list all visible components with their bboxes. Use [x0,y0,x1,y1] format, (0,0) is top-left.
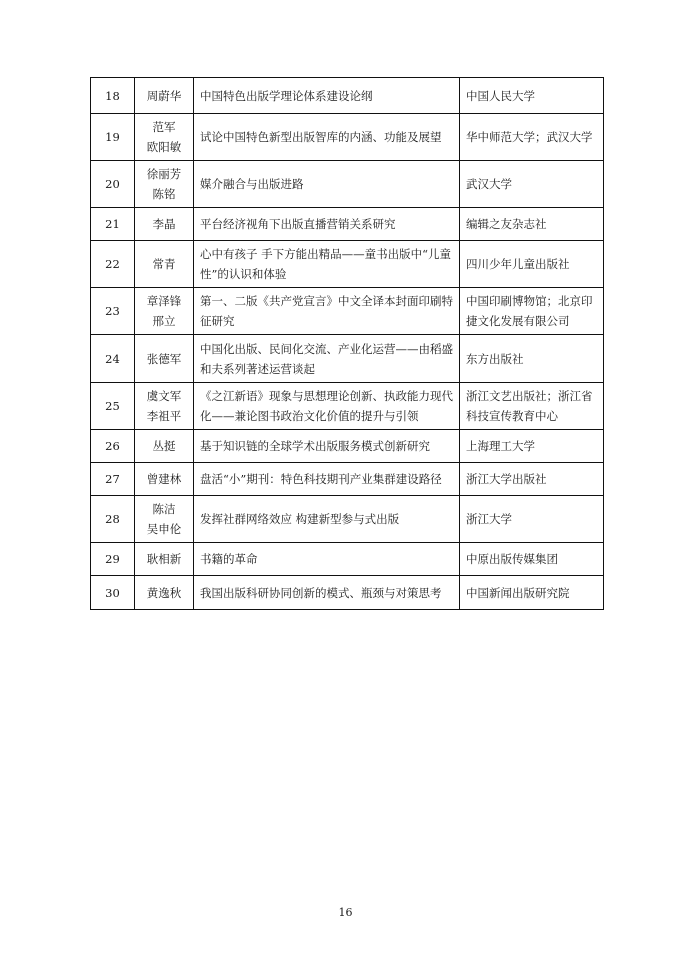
paper-title: 我国出版科研协同创新的模式、瓶颈与对策思考 [194,576,460,610]
paper-title: 心中有孩子 手下方能出精品——童书出版中“儿童性”的认识和体验 [194,241,460,288]
author-name: 黄逸秋 [141,583,187,603]
author-name: 范军 [141,117,187,137]
paper-title: 盘活“小”期刊：特色科技期刊产业集群建设路径 [194,463,460,496]
author-cell: 曾建林 [135,463,194,496]
author-name: 陈洁 [141,499,187,519]
paper-title: 《之江新语》现象与思想理论创新、执政能力现代化——兼论图书政治文化价值的提升与引… [194,383,460,430]
author-name: 陈铭 [141,184,187,204]
table-row: 25虞文军李祖平《之江新语》现象与思想理论创新、执政能力现代化——兼论图书政治文… [91,383,604,430]
author-cell: 章泽锋邢立 [135,288,194,335]
organization: 中国新闻出版研究院 [460,576,604,610]
author-cell: 陈洁吴申伦 [135,496,194,543]
awards-table: 18周蔚华中国特色出版学理论体系建设论纲中国人民大学19范军欧阳敏试论中国特色新… [90,77,604,610]
organization: 中国印刷博物馆；北京印捷文化发展有限公司 [460,288,604,335]
author-name: 李祖平 [141,406,187,426]
author-name: 耿相新 [141,549,187,569]
row-number: 25 [91,383,135,430]
organization: 东方出版社 [460,335,604,383]
table-row: 26丛挺基于知识链的全球学术出版服务模式创新研究上海理工大学 [91,430,604,463]
page-number: 16 [0,906,691,919]
table-row: 29耿相新书籍的革命中原出版传媒集团 [91,543,604,576]
row-number: 19 [91,114,135,161]
paper-title: 基于知识链的全球学术出版服务模式创新研究 [194,430,460,463]
author-cell: 丛挺 [135,430,194,463]
author-cell: 常青 [135,241,194,288]
author-name: 虞文军 [141,386,187,406]
organization: 华中师范大学；武汉大学 [460,114,604,161]
row-number: 29 [91,543,135,576]
row-number: 20 [91,161,135,208]
author-name: 张德军 [141,349,187,369]
table-row: 30黄逸秋我国出版科研协同创新的模式、瓶颈与对策思考中国新闻出版研究院 [91,576,604,610]
author-name: 吴申伦 [141,519,187,539]
author-cell: 范军欧阳敏 [135,114,194,161]
organization: 上海理工大学 [460,430,604,463]
organization: 浙江文艺出版社；浙江省科技宣传教育中心 [460,383,604,430]
organization: 浙江大学出版社 [460,463,604,496]
author-cell: 张德军 [135,335,194,383]
paper-title: 平台经济视角下出版直播营销关系研究 [194,208,460,241]
row-number: 27 [91,463,135,496]
author-name: 常青 [141,254,187,274]
row-number: 24 [91,335,135,383]
author-name: 邢立 [141,311,187,331]
organization: 武汉大学 [460,161,604,208]
row-number: 21 [91,208,135,241]
author-name: 周蔚华 [141,86,187,106]
organization: 编辑之友杂志社 [460,208,604,241]
table-row: 28陈洁吴申伦发挥社群网络效应 构建新型参与式出版浙江大学 [91,496,604,543]
table-row: 23章泽锋邢立第一、二版《共产党宣言》中文全译本封面印刷特征研究中国印刷博物馆；… [91,288,604,335]
table-row: 19范军欧阳敏试论中国特色新型出版智库的内涵、功能及展望华中师范大学；武汉大学 [91,114,604,161]
author-name: 章泽锋 [141,291,187,311]
table-row: 27曾建林盘活“小”期刊：特色科技期刊产业集群建设路径浙江大学出版社 [91,463,604,496]
organization: 中原出版传媒集团 [460,543,604,576]
table-row: 24张德军中国化出版、民间化交流、产业化运营——由稻盛和夫系列著述运营谈起东方出… [91,335,604,383]
document-page: 18周蔚华中国特色出版学理论体系建设论纲中国人民大学19范军欧阳敏试论中国特色新… [0,0,691,971]
author-cell: 耿相新 [135,543,194,576]
author-cell: 李晶 [135,208,194,241]
paper-title: 媒介融合与出版进路 [194,161,460,208]
row-number: 28 [91,496,135,543]
organization: 浙江大学 [460,496,604,543]
author-name: 曾建林 [141,469,187,489]
author-cell: 黄逸秋 [135,576,194,610]
paper-title: 试论中国特色新型出版智库的内涵、功能及展望 [194,114,460,161]
author-name: 丛挺 [141,436,187,456]
table-body: 18周蔚华中国特色出版学理论体系建设论纲中国人民大学19范军欧阳敏试论中国特色新… [91,78,604,610]
row-number: 26 [91,430,135,463]
row-number: 18 [91,78,135,114]
author-name: 欧阳敏 [141,137,187,157]
paper-title: 书籍的革命 [194,543,460,576]
author-name: 徐丽芳 [141,164,187,184]
table-row: 18周蔚华中国特色出版学理论体系建设论纲中国人民大学 [91,78,604,114]
table-row: 22常青心中有孩子 手下方能出精品——童书出版中“儿童性”的认识和体验四川少年儿… [91,241,604,288]
organization: 四川少年儿童出版社 [460,241,604,288]
row-number: 23 [91,288,135,335]
table-row: 20徐丽芳陈铭媒介融合与出版进路武汉大学 [91,161,604,208]
author-cell: 周蔚华 [135,78,194,114]
author-cell: 虞文军李祖平 [135,383,194,430]
author-name: 李晶 [141,214,187,234]
paper-title: 中国化出版、民间化交流、产业化运营——由稻盛和夫系列著述运营谈起 [194,335,460,383]
author-cell: 徐丽芳陈铭 [135,161,194,208]
organization: 中国人民大学 [460,78,604,114]
paper-title: 第一、二版《共产党宣言》中文全译本封面印刷特征研究 [194,288,460,335]
row-number: 30 [91,576,135,610]
paper-title: 中国特色出版学理论体系建设论纲 [194,78,460,114]
table-row: 21李晶平台经济视角下出版直播营销关系研究编辑之友杂志社 [91,208,604,241]
paper-title: 发挥社群网络效应 构建新型参与式出版 [194,496,460,543]
row-number: 22 [91,241,135,288]
